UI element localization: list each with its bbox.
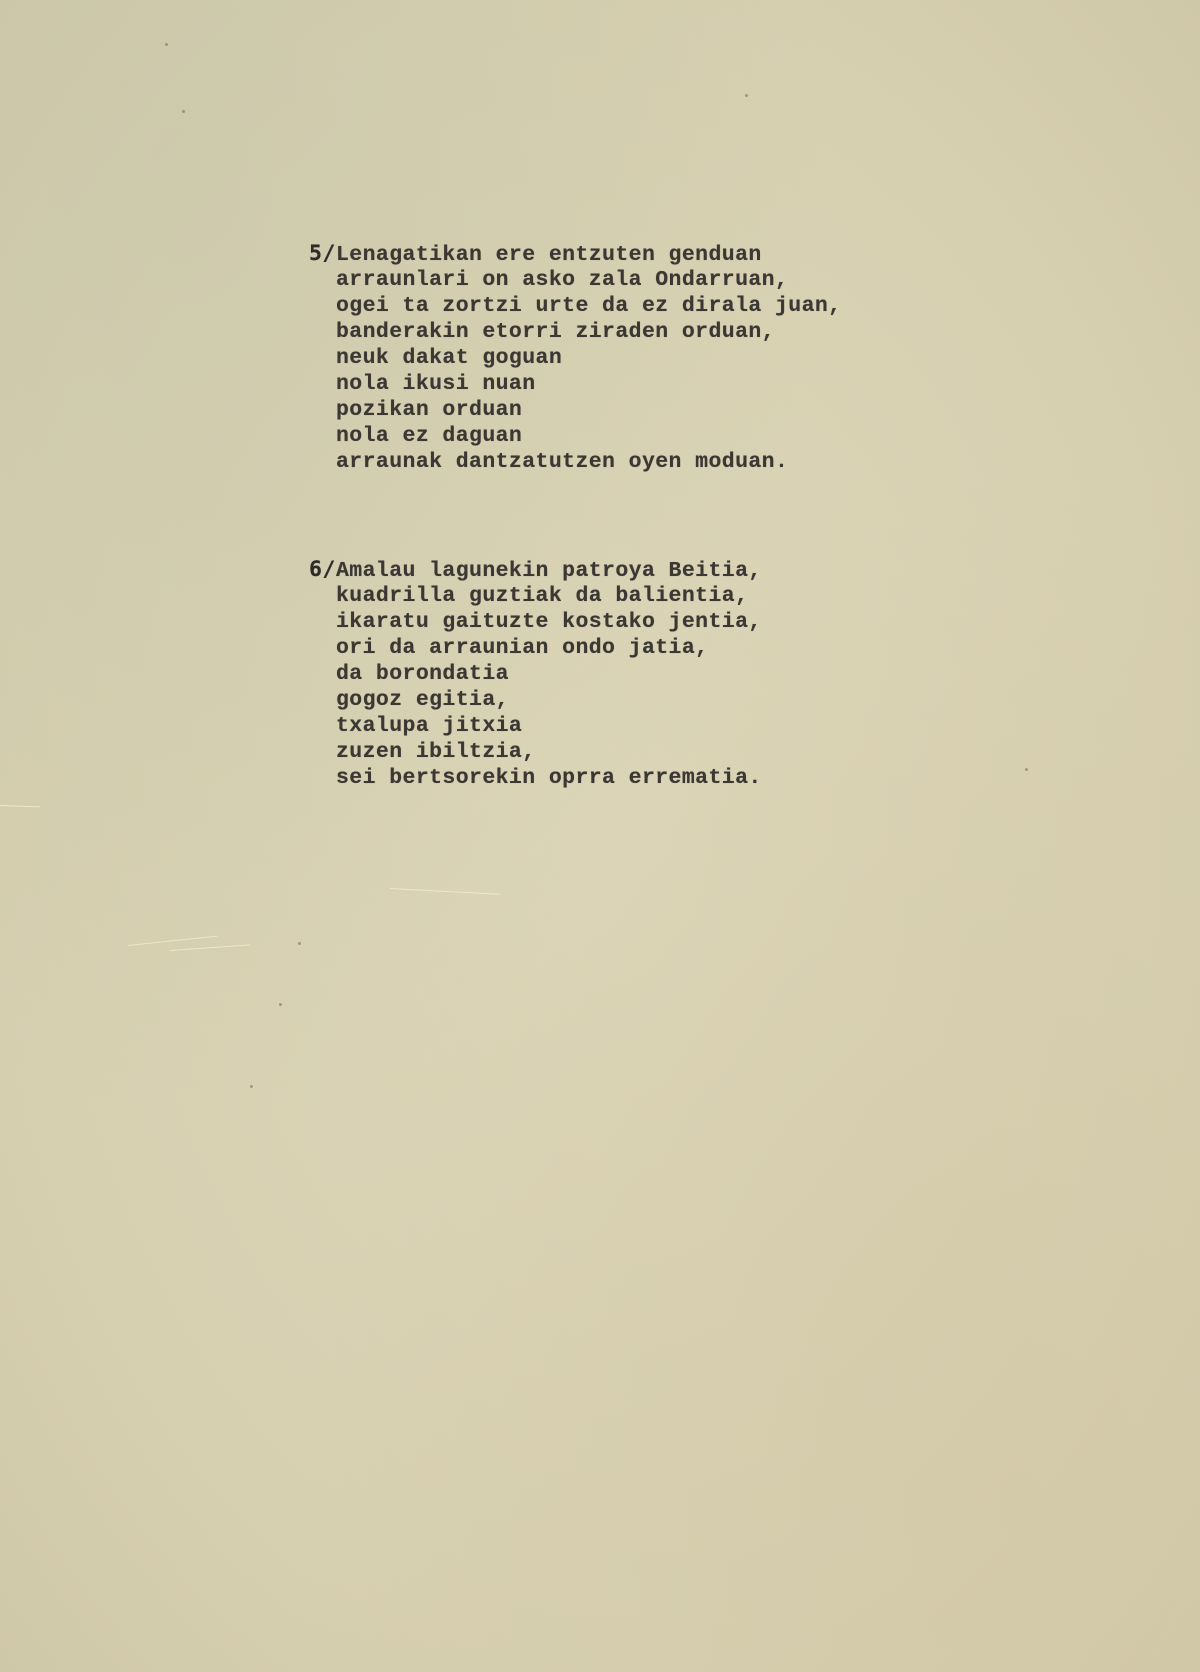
- paper-speck: [165, 43, 168, 46]
- paper-crease: [390, 888, 500, 895]
- verse-5: 5/Lenagatikan ere entzuten genduan arrau…: [309, 241, 841, 475]
- verse-line: ogei ta zortzi urte da ez dirala juan,: [309, 293, 841, 319]
- verse-line: nola ez daguan: [309, 423, 841, 449]
- verse-line: arraunlari on asko zala Ondarruan,: [309, 267, 841, 293]
- verse-line: zuzen ibiltzia,: [309, 739, 762, 765]
- verse-number: 6/: [309, 557, 336, 583]
- paper-speck: [1025, 768, 1028, 771]
- paper-crease: [0, 805, 40, 807]
- verse-number: 5/: [309, 241, 336, 267]
- verse-line: kuadrilla guztiak da balientia,: [309, 583, 762, 609]
- verse-line: da borondatia: [309, 661, 762, 687]
- verse-line: gogoz egitia,: [309, 687, 762, 713]
- verse-line: nola ikusi nuan: [309, 371, 841, 397]
- verse-line: arraunak dantzatutzen oyen moduan.: [309, 449, 841, 475]
- paper-speck: [279, 1003, 282, 1006]
- verse-6: 6/Amalau lagunekin patroya Beitia, kuadr…: [309, 557, 762, 791]
- paper-speck: [182, 110, 185, 113]
- verse-line: ikaratu gaituzte kostako jentia,: [309, 609, 762, 635]
- paper-crease: [170, 944, 250, 951]
- verse-line: neuk dakat goguan: [309, 345, 841, 371]
- verse-line: txalupa jitxia: [309, 713, 762, 739]
- verse-line: ori da arraunian ondo jatia,: [309, 635, 762, 661]
- paper-speck: [250, 1085, 253, 1088]
- verse-line: banderakin etorri ziraden orduan,: [309, 319, 841, 345]
- paper-speck: [298, 942, 301, 945]
- verse-line: 6/Amalau lagunekin patroya Beitia,: [309, 557, 762, 583]
- document-page: 5/Lenagatikan ere entzuten genduan arrau…: [0, 0, 1200, 1672]
- verse-line: sei bertsorekin oprra errematia.: [309, 765, 762, 791]
- paper-speck: [745, 94, 748, 97]
- paper-crease: [128, 936, 218, 946]
- verse-line: pozikan orduan: [309, 397, 841, 423]
- verse-line: 5/Lenagatikan ere entzuten genduan: [309, 241, 841, 267]
